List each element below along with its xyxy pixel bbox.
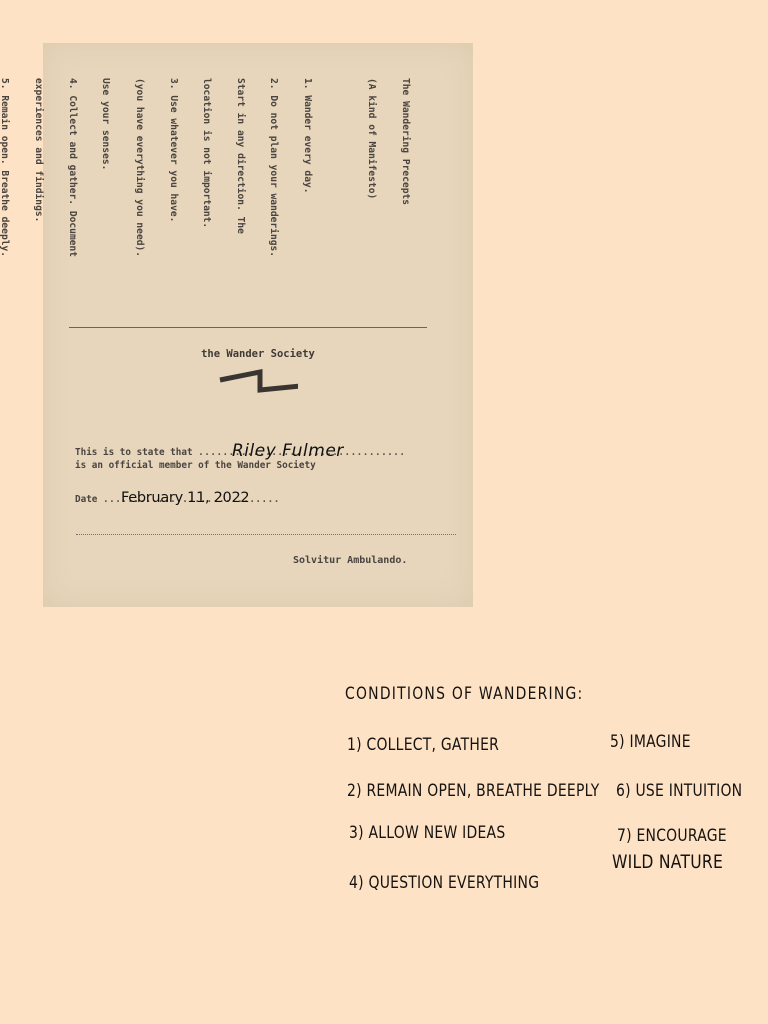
notes-title: CONDITIONS OF WANDERING: (345, 684, 583, 704)
note-item: 1) COLLECT, GATHER (347, 735, 499, 755)
note-item: 4) QUESTION EVERYTHING (349, 873, 539, 893)
note-item: WILD NATURE (612, 851, 723, 873)
note-item: 2) REMAIN OPEN, BREATHE DEEPLY (347, 781, 600, 801)
handwritten-notes: CONDITIONS OF WANDERING: 1) COLLECT, GAT… (0, 0, 768, 1024)
note-item: 3) ALLOW NEW IDEAS (349, 823, 505, 843)
note-item: 6) USE INTUITION (616, 781, 742, 801)
note-item: 7) ENCOURAGE (617, 826, 727, 846)
note-item: 5) IMAGINE (610, 732, 691, 752)
